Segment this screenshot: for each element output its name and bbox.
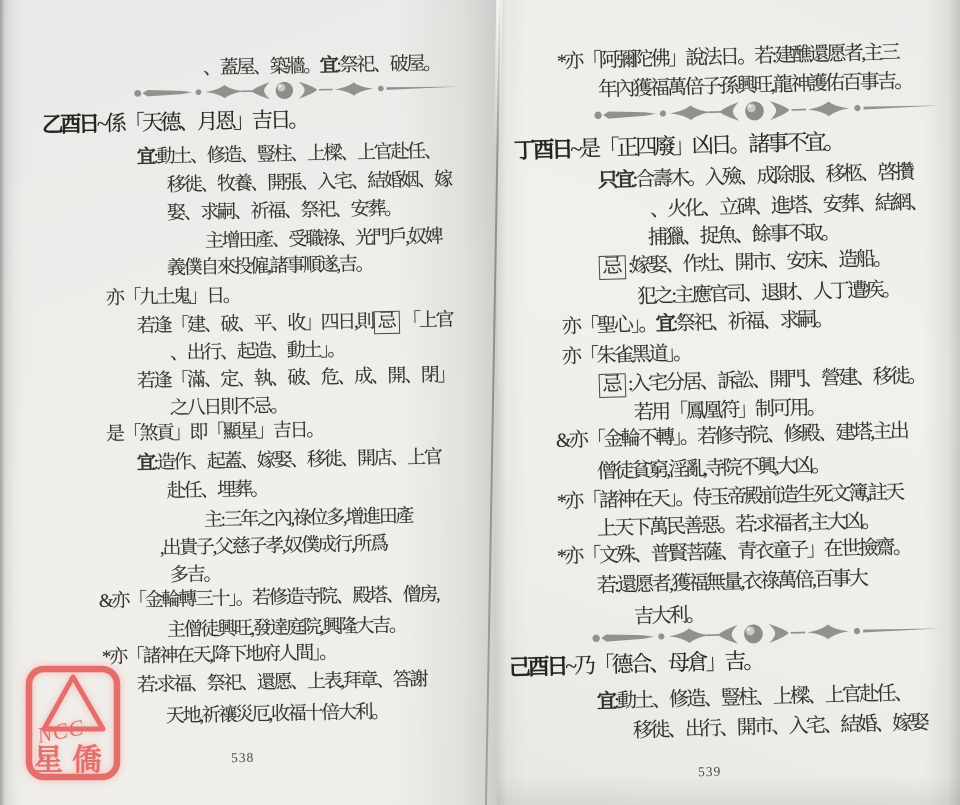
text-segment: &亦「金輪轉三十」。若修造寺院、殿塔、僧房, [99, 584, 439, 612]
day-entry-header: 丁酉日~是「正四廢」凶日。諸事不宜。 [514, 130, 843, 163]
text-segment: 宜 [137, 147, 154, 168]
ncc-stamp: NCC 星僑 [24, 664, 122, 782]
stamp-chinese-text: 星僑 [33, 744, 111, 777]
text-segment: 天地,祈禳災厄,收福十倍大利。 [166, 702, 388, 727]
text-segment: ~乃「德合、母倉」吉。 [565, 648, 762, 678]
text-segment: 己酉日 [509, 653, 566, 680]
text-segment: 宜 [137, 453, 154, 474]
text-line: 忌:嫁娶、作灶、開市、安床、造船。 [598, 247, 891, 280]
text-segment: 主增田產、受職祿、光門戶,奴婢 [205, 226, 442, 252]
text-line: 亦「朱雀黑道」。 [562, 341, 691, 369]
text-segment: 亦「聖心」。 [562, 313, 656, 338]
text-segment: 乙酉日 [42, 112, 97, 137]
text-segment: :入宅分居、訴訟、開門、營建、移徙。 [628, 365, 925, 395]
text-line: 犯之:主應官司、退財、人丁遭疾。 [637, 278, 900, 309]
right-page: *亦「阿彌陀佛」說法日。若:建醮還愿者,主三年內獲福萬倍子孫興旺,龍神護佑百事吉… [497, 0, 960, 805]
text-segment: 宜 [320, 55, 337, 76]
text-line: 、出行、起造、動土」。 [170, 339, 345, 366]
text-segment: :動土、修造、豎柱、上樑、上官赴任、 [153, 141, 440, 168]
text-segment: 赴任、埋葬。 [167, 479, 268, 502]
text-line: 若:求福、祭祀、還愿、上表,拜章、答謝 [137, 668, 427, 698]
text-line: 赴任、埋葬。 [167, 478, 268, 504]
text-segment: 若:還愿者,獲福無量,衣祿萬倍,百事大 [597, 567, 867, 597]
text-line: 宜:動土、修造、豎柱、上樑、上官赴任、 [137, 140, 441, 170]
text-line: 捕獵、捉魚、餘事不取。 [648, 221, 839, 250]
text-segment: 宜 [655, 313, 673, 335]
text-segment: 若用「鳳凰符」制可用。 [634, 397, 825, 424]
text-line: 是「煞貢」即「顯星」吉日。 [106, 419, 324, 447]
text-segment: :祭祀、祈福、求嗣。 [673, 308, 832, 334]
text-segment: 移徙、牧養、開張、入宅、結婚姻、嫁 [167, 169, 451, 196]
text-segment: 若逢「滿、定、執、破、危、成、開、閉」 [137, 365, 455, 392]
text-line: 移徙、出行、開市、入宅、結婚、嫁娶 [633, 711, 928, 743]
text-segment: :動土、修造、豎柱、上樑、上官赴任、 [614, 682, 911, 712]
text-line: 之八日則不忌。 [170, 395, 287, 421]
text-segment: *亦「文殊、普賢菩薩、青衣童子」在世撿齋。 [557, 536, 911, 568]
text-line: 亦「聖心」。宜:祭祀、祈福、求嗣。 [562, 307, 832, 339]
text-line: 若:還愿者,獲福無量,衣祿萬倍,百事大 [597, 566, 867, 598]
text-segment: 丁酉日 [514, 136, 571, 163]
text-segment: 犯之:主應官司、退財、人丁遭疾。 [637, 279, 900, 308]
text-segment: :造作、起蓋、嫁娶、移徙、開店、上官 [153, 447, 440, 474]
text-segment: 若:求福、祭祀、還愿、上表,拜章、答謝 [137, 669, 427, 696]
ornament-divider [132, 77, 460, 103]
text-line: 宜:造作、起蓋、嫁娶、移徙、開店、上官 [137, 446, 441, 476]
text-segment: *亦「阿彌陀佛」說法日。若:建醮還愿者,主三 [557, 41, 899, 73]
text-segment: 、火化、立碑、進塔、安葬、結網、 [650, 191, 927, 221]
text-segment: *亦「諸神在天,降下地府人間」。 [102, 642, 336, 668]
text-line: 忌:入宅分居、訴訟、開門、營建、移徙。 [598, 364, 926, 398]
text-line: 若逢「滿、定、執、破、危、成、開、閉」 [137, 364, 455, 394]
text-line: *亦「諸神在天,降下地府人間」。 [102, 641, 336, 670]
text-line: 義僕自來投僱,諸事順遂,吉。 [167, 253, 373, 281]
text-line: &亦「金輪不轉」。若修寺院、修殿、建塔,主出 [556, 419, 908, 453]
text-line: 天地,祈禳災厄,收福十倍大利。 [166, 701, 388, 729]
text-segment: 「上官 [402, 310, 453, 332]
text-segment: 移徙、出行、開市、入宅、結婚、嫁娶 [633, 712, 928, 742]
text-segment: 之八日則不忌。 [170, 396, 287, 419]
text-segment: 主僧徒興旺,發達庭院,興隆大吉。 [167, 615, 406, 641]
text-segment: 亦「九土鬼」日。 [106, 285, 240, 309]
text-segment: *亦「諸神在天」。侍玉帝殿前造生死文簿,註天 [557, 481, 903, 513]
text-line: 主:三年之內,祿位多,增進田產 [204, 505, 413, 533]
text-line: 、蓋屋、築牆。宜:祭祀、破屋。 [203, 52, 440, 81]
text-segment: 多吉。 [170, 564, 221, 586]
text-line: 、火化、立碑、進塔、安葬、結網、 [650, 190, 927, 222]
text-line: *亦「阿彌陀佛」說法日。若:建醮還愿者,主三 [557, 40, 899, 74]
text-line: 僧徒貧窮,淫亂,寺院不興,大凶。 [597, 454, 829, 484]
text-segment: 只宜 [598, 169, 633, 192]
text-segment: 義僕自來投僱,諸事順遂,吉。 [167, 254, 373, 279]
text-segment: &亦「金輪不轉」。若修寺院、修殿、建塔,主出 [556, 420, 908, 452]
text-segment: 捕獵、捉魚、餘事不取。 [648, 222, 839, 249]
text-line: 娶、求嗣、祈福、祭祀、安葬。 [167, 197, 401, 226]
text-line: 宜:動土、修造、豎柱、上樑、上官赴任、 [597, 681, 912, 714]
text-line: 主增田產、受職祿、光門戶,奴婢 [205, 225, 442, 254]
taboo-box: 忌 [374, 311, 400, 334]
text-line: 亦「九土鬼」日。 [106, 284, 240, 311]
text-segment: 僧徒貧窮,淫亂,寺院不興,大凶。 [597, 455, 829, 483]
text-line: 若用「鳳凰符」制可用。 [634, 396, 825, 425]
text-line: ,出貴子,父慈子孝,奴僕成行,所爲 [160, 532, 387, 561]
text-segment: ~是「正四廢」凶日。諸事不宜。 [570, 129, 842, 162]
text-segment: 宜 [597, 691, 615, 713]
text-segment: :合壽木。入殮、成除服、移柩、啓攢 [632, 161, 912, 191]
text-segment: 若逢「建、破、平、收」四日,則 [137, 311, 374, 337]
text-segment: 、出行、起造、動土」。 [170, 340, 345, 364]
text-segment: 、蓋屋、築牆。 [203, 56, 320, 79]
text-line: &亦「金輪轉三十」。若修造寺院、殿塔、僧房, [99, 583, 439, 614]
text-line: 主僧徒興旺,發達庭院,興隆大吉。 [167, 614, 406, 643]
day-entry-header: 乙酉日~係「天德、月恩」吉日。 [42, 108, 307, 137]
text-line: 多吉。 [170, 563, 221, 588]
text-segment: :祭祀、破屋。 [336, 53, 440, 76]
text-segment: ~係「天德、月恩」吉日。 [97, 108, 307, 136]
text-segment: 娶、求嗣、祈福、祭祀、安葬。 [167, 198, 401, 224]
book-photo: 、蓋屋、築牆。宜:祭祀、破屋。 乙酉日~係「天德、月恩」吉日。宜:動土、修造、豎… [0, 0, 960, 805]
text-segment: ,出貴子,父慈子孝,奴僕成行,所爲 [160, 533, 387, 559]
text-segment: :嫁娶、作灶、開市、安床、造船。 [628, 248, 891, 277]
text-segment: 上天下萬民善惡。若:求福者,主大凶。 [597, 510, 879, 540]
text-line: 只宜:合壽木。入殮、成除服、移柩、啓攢 [598, 160, 913, 193]
page-number-right: 539 [698, 764, 722, 780]
text-segment: 是「煞貢」即「顯星」吉日。 [106, 420, 323, 445]
taboo-box: 忌 [599, 373, 627, 398]
text-line: 若逢「建、破、平、收」四日,則忌「上官 [137, 309, 453, 339]
text-segment: 亦「朱雀黑道」。 [562, 342, 691, 368]
text-segment: 主:三年之內,祿位多,增進田產 [204, 506, 413, 531]
taboo-box: 忌 [599, 255, 627, 280]
text-line: 移徙、牧養、開張、入宅、結婚姻、嫁 [167, 168, 451, 198]
page-number-left: 538 [231, 750, 255, 766]
day-entry-header: 己酉日~乃「德合、母倉」吉。 [509, 649, 763, 680]
